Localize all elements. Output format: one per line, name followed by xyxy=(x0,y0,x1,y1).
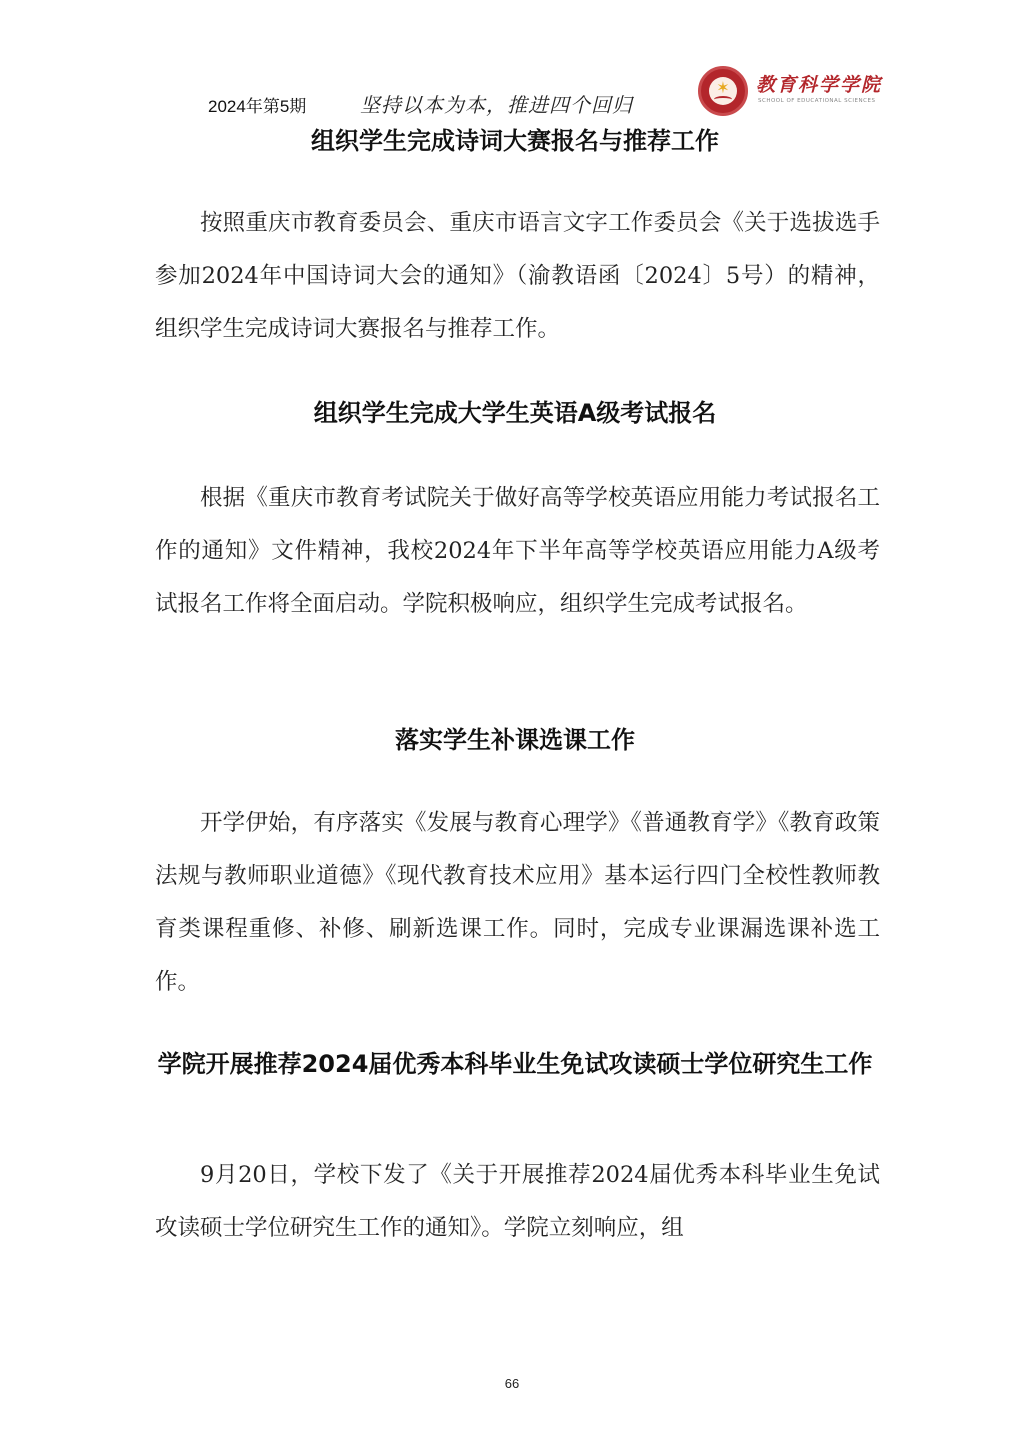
section-paragraph-poetry: 按照重庆市教育委员会、重庆市语言文字工作委员会《关于选拔选手参加2024年中国诗… xyxy=(155,197,880,356)
issue-label: 2024年第5期 xyxy=(208,92,306,117)
logo-name-cn: 教育科学学院 xyxy=(756,70,882,97)
section-paragraph-postgraduate-recommendation: 9月20日，学校下发了《关于开展推荐2024届优秀本科毕业生免试攻读硕士学位研究… xyxy=(155,1149,880,1255)
logo-name-en: SCHOOL OF EDUCATIONAL SCIENCES xyxy=(758,98,875,104)
section-paragraph-course-selection: 开学伊始，有序落实《发展与教育心理学》《普通教育学》《教育政策法规与教师职业道德… xyxy=(155,797,880,1009)
star-icon: ✶ xyxy=(709,78,737,98)
section-title-poetry: 组织学生完成诗词大赛报名与推荐工作 xyxy=(155,123,875,159)
section-title-course-selection: 落实学生补课选课工作 xyxy=(155,722,875,758)
school-emblem-icon: ✶ xyxy=(698,66,748,116)
page-number: 66 xyxy=(0,1376,1024,1391)
section-title-postgraduate-recommendation: 学院开展推荐2024届优秀本科毕业生免试攻读硕士学位研究生工作 xyxy=(155,1047,875,1082)
page-header: 2024年第5期 坚持以本为本，推进四个回归 ✶ 教育科学学院 SCHOOL O… xyxy=(0,62,1024,122)
book-icon xyxy=(714,96,732,103)
section-paragraph-english-exam: 根据《重庆市教育考试院关于做好高等学校英语应用能力考试报名工作的通知》文件精神，… xyxy=(155,472,880,631)
section-title-english-exam: 组织学生完成大学生英语A级考试报名 xyxy=(155,395,875,431)
school-logo: ✶ 教育科学学院 SCHOOL OF EDUCATIONAL SCIENCES xyxy=(696,64,876,120)
motto-text: 坚持以本为本，推进四个回归 xyxy=(360,89,633,118)
